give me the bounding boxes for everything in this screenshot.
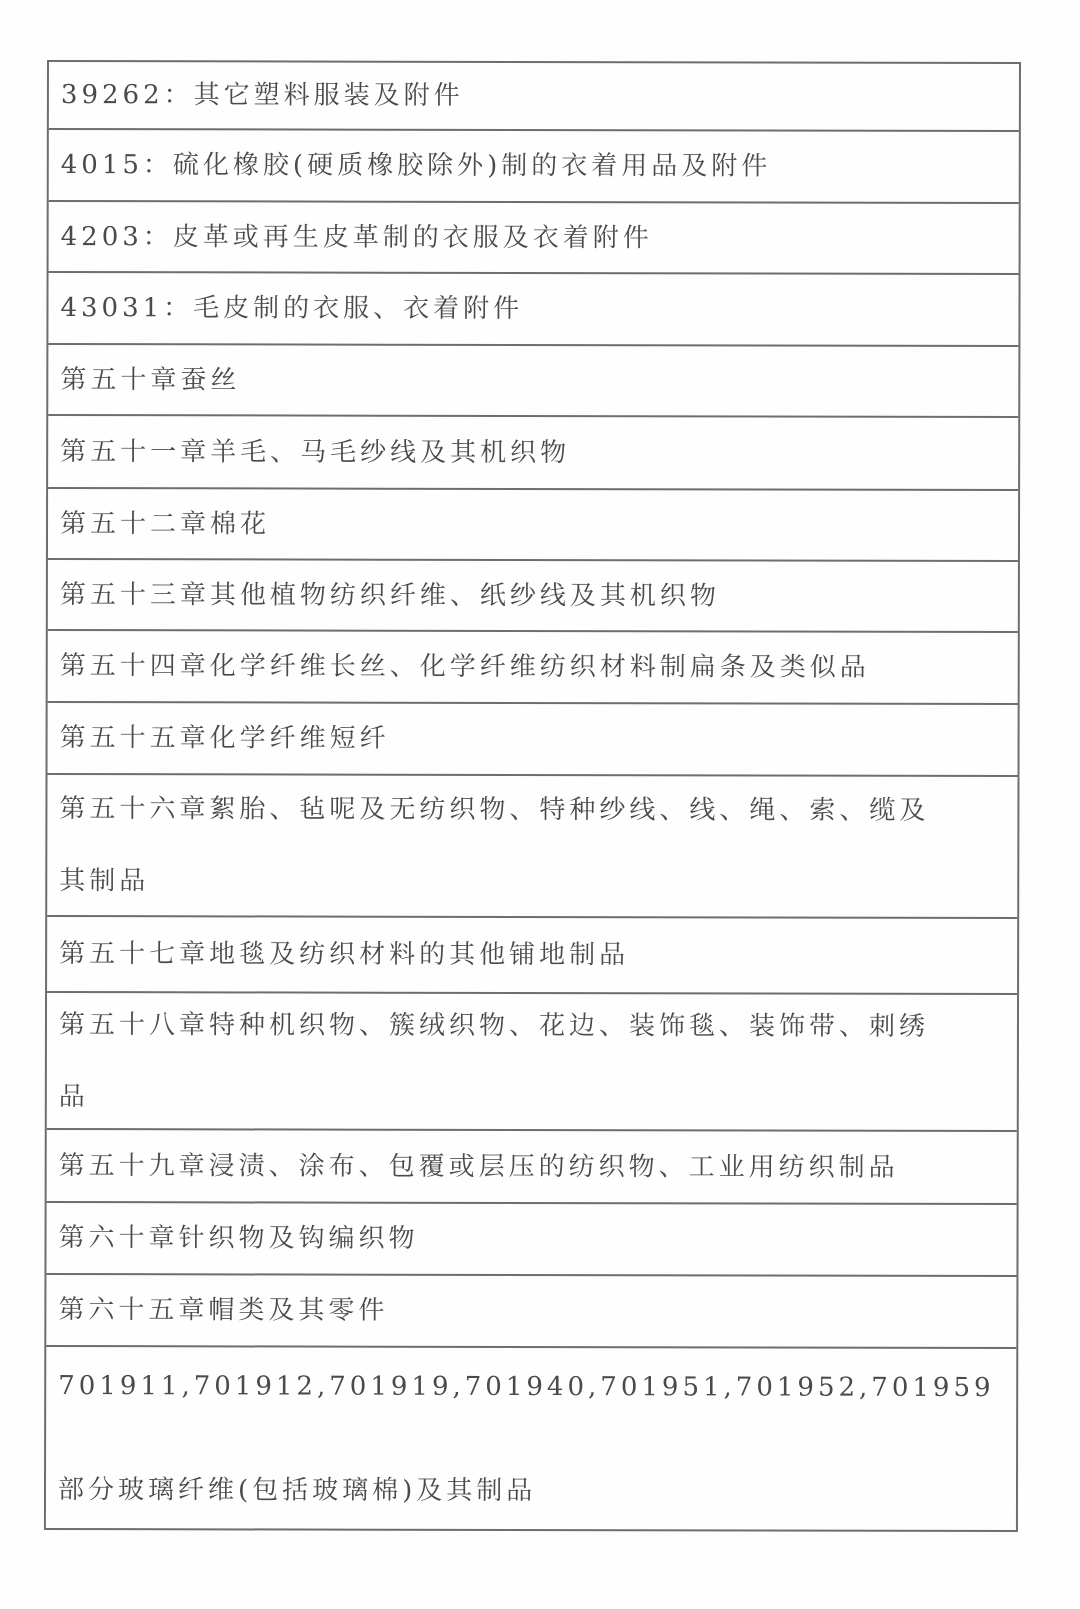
row-text: 39262：其它塑料服装及附件 [61, 80, 1009, 112]
row-text: 第五十五章化学纤维短纤 [60, 723, 1008, 755]
row-text: 第五十四章化学纤维长丝、化学纤维纺织材料制扁条及类似品 [60, 651, 1008, 683]
table-row: 第五十八章特种机织物、簇绒织物、花边、装饰毯、装饰带、刺绣品 [47, 993, 1017, 1132]
row-text: 701911,701912,701919,701940,701951,70195… [58, 1371, 1006, 1403]
hs-code-table: 39262：其它塑料服装及附件4015：硫化橡胶(硬质橡胶除外)制的衣着用品及附… [44, 60, 1021, 1532]
table-row: 第五十七章地毯及纺织材料的其他铺地制品 [47, 917, 1017, 995]
row-text: 第六十章针织物及钩编织物 [59, 1223, 1007, 1255]
row-text: 4015：硫化橡胶(硬质橡胶除外)制的衣着用品及附件 [61, 150, 1009, 182]
row-text: 第五十九章浸渍、涂布、包覆或层压的纺织物、工业用纺织制品 [59, 1151, 1007, 1183]
table-row: 39262：其它塑料服装及附件 [49, 62, 1019, 132]
row-text: 第五十七章地毯及纺织材料的其他铺地制品 [59, 939, 1007, 971]
row-text: 部分玻璃纤维(包括玻璃棉)及其制品 [58, 1475, 1006, 1507]
row-text: 第五十八章特种机织物、簇绒织物、花边、装饰毯、装饰带、刺绣 [59, 1010, 1007, 1042]
row-text: 第五十二章棉花 [60, 509, 1008, 541]
row-text: 其制品 [59, 866, 1007, 898]
row-text: 第五十一章羊毛、马毛纱线及其机织物 [60, 437, 1008, 469]
table-row: 第六十章针织物及钩编织物 [46, 1203, 1016, 1277]
table-row: 第六十五章帽类及其零件 [46, 1275, 1016, 1349]
table-row: 第五十九章浸渍、涂布、包覆或层压的纺织物、工业用纺织制品 [47, 1130, 1017, 1205]
document-page: 39262：其它塑料服装及附件4015：硫化橡胶(硬质橡胶除外)制的衣着用品及附… [0, 0, 1080, 1609]
table-row: 4203：皮革或再生皮革制的衣服及衣着附件 [49, 202, 1019, 275]
table-row: 第五十一章羊毛、马毛纱线及其机织物 [48, 416, 1018, 491]
table-row: 第五十二章棉花 [48, 489, 1018, 562]
table-row: 4015：硫化橡胶(硬质橡胶除外)制的衣着用品及附件 [49, 130, 1019, 204]
table-row: 第五十五章化学纤维短纤 [48, 703, 1018, 777]
row-text: 43031：毛皮制的衣服、衣着附件 [60, 293, 1008, 325]
row-text: 第五十三章其他植物纺织纤维、纸纱线及其机织物 [60, 580, 1008, 612]
table-row: 43031：毛皮制的衣服、衣着附件 [48, 273, 1018, 347]
table-row: 701911,701912,701919,701940,701951,70195… [46, 1347, 1016, 1530]
table-row: 第五十三章其他植物纺织纤维、纸纱线及其机织物 [48, 560, 1018, 633]
row-text: 第五十六章絮胎、毡呢及无纺织物、特种纱线、线、绳、索、缆及 [59, 794, 1007, 826]
table-row: 第五十章蚕丝 [48, 345, 1018, 418]
table-row: 第五十四章化学纤维长丝、化学纤维纺织材料制扁条及类似品 [48, 631, 1018, 705]
row-text: 第六十五章帽类及其零件 [58, 1295, 1006, 1327]
row-text: 第五十章蚕丝 [60, 365, 1008, 397]
row-text: 4203：皮革或再生皮革制的衣服及衣着附件 [61, 222, 1009, 254]
table-row: 第五十六章絮胎、毡呢及无纺织物、特种纱线、线、绳、索、缆及其制品 [47, 775, 1017, 919]
row-text: 品 [59, 1082, 1007, 1114]
